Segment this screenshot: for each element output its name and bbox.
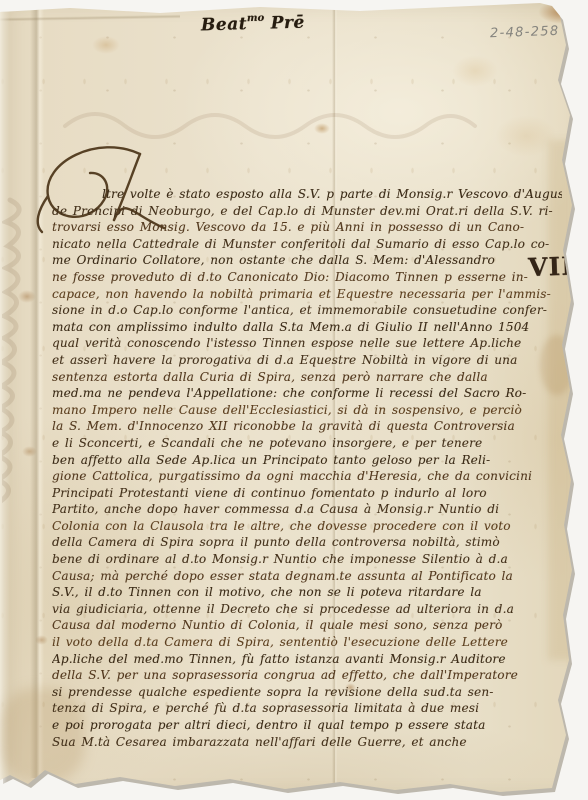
paper-sheet: 2-48-258 Beatmo Prē VIII ltre volte è st… — [0, 0, 588, 800]
salutation-superscript: mo — [247, 13, 265, 24]
fold-crease-left — [30, 6, 44, 778]
manuscript-line: gione Cattolica, purgatissimo da ogni ma… — [52, 468, 562, 485]
manuscript-line: ne fosse proveduto di d.to Canonicato Di… — [52, 269, 562, 286]
manuscript-line: Partito, anche dopo haver commessa d.a C… — [52, 501, 562, 518]
stain — [22, 446, 37, 457]
manuscript-line: via giudiciaria, ottenne il Decreto che … — [52, 601, 562, 618]
manuscript-line: trovarsi esso Monsig. Vescovo da 15. e p… — [52, 219, 562, 236]
manuscript-line: ben affetto alla Sede Ap.lica un Princip… — [52, 452, 562, 469]
manuscript-line: Causa dal moderno Nuntio di Colonia, il … — [52, 617, 562, 634]
manuscript-line: sione in d.o Cap.lo conforme l'antica, e… — [52, 302, 562, 319]
letter-body: ltre volte è stato esposto alla S.V. p p… — [52, 186, 562, 752]
left-edge-highlight — [0, 6, 10, 784]
manuscript-line: della Camera di Spira sopra il punto del… — [52, 534, 562, 551]
manuscript-line: ltre volte è stato esposto alla S.V. p p… — [52, 186, 562, 203]
manuscript-line: Causa; mà perché dopo esser stata degnam… — [52, 568, 562, 585]
salutation-rest: Prē — [264, 13, 305, 34]
stain — [495, 115, 557, 157]
stain — [314, 123, 330, 134]
manuscript-line: Ap.liche del med.mo Tinnen, fù fatto ist… — [52, 651, 562, 668]
manuscript-line: me Ordinario Collatore, non ostante che … — [52, 252, 562, 269]
manuscript-line: bene di ordinare al d.to Monsig.r Nuntio… — [52, 551, 562, 568]
manuscript-line: e li Sconcerti, e Scandali che ne poteva… — [52, 435, 562, 452]
manuscript-line: della S.V. per una soprasessoria congrua… — [52, 667, 562, 684]
manuscript-line: la S. Mem. d'Innocenzo XII riconobbe la … — [52, 418, 562, 435]
document-scan: 2-48-258 Beatmo Prē VIII ltre volte è st… — [0, 0, 588, 800]
manuscript-line: de Prencipi di Neoburgo, e del Cap.lo di… — [52, 203, 562, 220]
fold-crease-top — [0, 14, 180, 21]
manuscript-line: mata con amplissimo indulto dalla S.ta M… — [52, 319, 562, 336]
manuscript-line: et asserì havere la prorogativa di d.a E… — [52, 352, 562, 369]
manuscript-line: Colonia con la Clausola tra le altre, ch… — [52, 518, 562, 535]
manuscript-line: sentenza estorta dalla Curia di Spira, s… — [52, 369, 562, 386]
manuscript-line: S.V., il d.to Tinnen con il motivo, che … — [52, 584, 562, 601]
manuscript-line: nicato nella Cattedrale di Munster confe… — [52, 236, 562, 253]
stain — [92, 36, 120, 54]
manuscript-line: mano Impero nelle Cause dell'Ecclesiasti… — [52, 402, 562, 419]
salutation-base: Beat — [201, 14, 248, 35]
manuscript-line: e poi prorogata per altri dieci, dentro … — [52, 717, 562, 734]
salutation-heading: Beatmo Prē — [201, 12, 305, 36]
manuscript-line: tenza di Spira, e perché fù d.ta soprase… — [52, 700, 562, 717]
stain — [18, 290, 36, 303]
manuscript-line: Sua M.tà Cesarea imbarazzata nell'affari… — [52, 734, 562, 751]
manuscript-line: med.ma ne pendeva l'Appellatione: che co… — [52, 385, 562, 402]
manuscript-line: Principati Protestanti viene di continuo… — [52, 485, 562, 502]
archival-reference-number: 2-48-258 — [490, 24, 560, 41]
manuscript-line: si prendesse qualche espediente sopra la… — [52, 684, 562, 701]
stain — [35, 635, 48, 645]
stain — [452, 55, 498, 87]
manuscript-line: capace, non havendo la nobiltà primaria … — [52, 286, 562, 303]
manuscript-line: il voto della d.ta Camera di Spira, sent… — [52, 634, 562, 651]
manuscript-line: qual verità conoscendo l'istesso Tinnen … — [52, 335, 562, 352]
